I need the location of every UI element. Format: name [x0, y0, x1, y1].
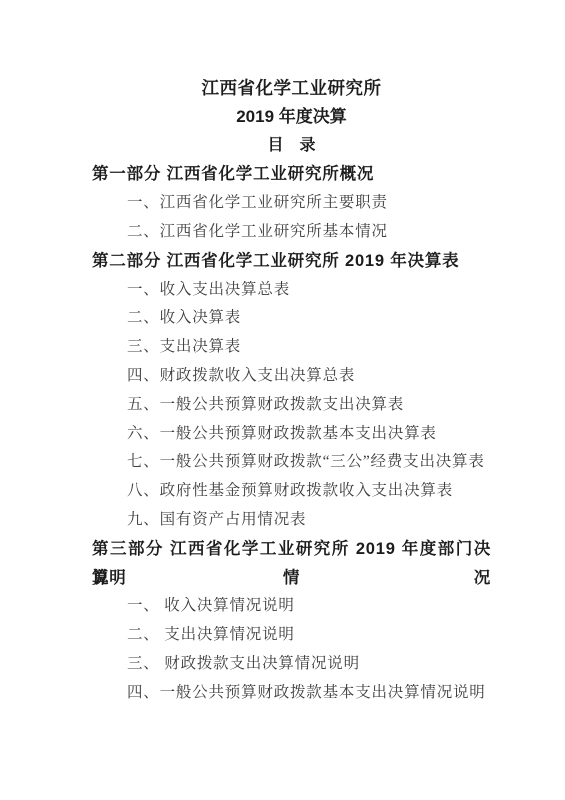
toc-entry: 三、 财政拨款支出决算情况说明: [92, 650, 491, 679]
toc-entry: 八、政府性基金预算财政拨款收入支出决算表: [92, 477, 491, 506]
toc-entry: 四、一般公共预算财政拨款基本支出决算情况说明: [92, 679, 491, 708]
section-1-heading: 第一部分 江西省化学工业研究所概况: [92, 160, 491, 189]
document-subtitle: 2019 年度决算: [92, 103, 491, 132]
toc-entry: 七、一般公共预算财政拨款“三公”经费支出决算表: [92, 448, 491, 477]
section-3-heading-line1: 第三部分 江西省化学工业研究所 2019 年度部门决算情况: [92, 535, 491, 564]
toc-entry: 一、江西省化学工业研究所主要职责: [92, 189, 491, 218]
document-page: 江西省化学工业研究所 2019 年度决算 目 录 第一部分 江西省化学工业研究所…: [0, 0, 565, 800]
toc-entry: 二、江西省化学工业研究所基本情况: [92, 218, 491, 247]
toc-entry: 一、 收入决算情况说明: [92, 592, 491, 621]
toc-entry: 六、一般公共预算财政拨款基本支出决算表: [92, 420, 491, 449]
toc-heading: 目 录: [92, 132, 491, 161]
toc-entry: 一、收入支出决算总表: [92, 276, 491, 305]
toc-entry: 二、 支出决算情况说明: [92, 621, 491, 650]
document-title: 江西省化学工业研究所: [92, 74, 491, 103]
toc-entry: 四、财政拨款收入支出决算总表: [92, 362, 491, 391]
toc-entry: 二、收入决算表: [92, 304, 491, 333]
section-2-heading: 第二部分 江西省化学工业研究所 2019 年决算表: [92, 247, 491, 276]
toc-entry: 九、国有资产占用情况表: [92, 506, 491, 535]
toc-entry: 三、支出决算表: [92, 333, 491, 362]
toc-content: 江西省化学工业研究所 2019 年度决算 目 录 第一部分 江西省化学工业研究所…: [0, 0, 565, 708]
toc-entry: 五、一般公共预算财政拨款支出决算表: [92, 391, 491, 420]
